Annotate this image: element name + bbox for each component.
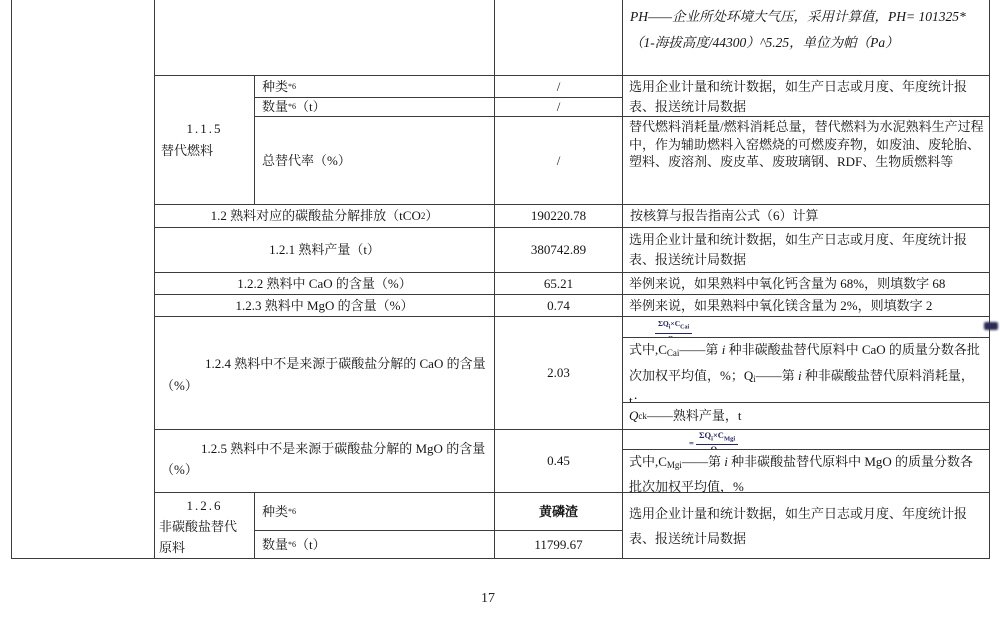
substitution-rate-value: / <box>495 117 623 205</box>
row-1-2-3-value: 0.74 <box>495 295 623 317</box>
section-1-1-5-number: 1.1.5 <box>155 118 254 140</box>
row-1-2-2-value: 65.21 <box>495 273 623 295</box>
footnote-marker: *6 <box>288 536 296 554</box>
section-1-2-6-number: 1.2.6 <box>155 495 254 516</box>
row-1-2-label-close: ） <box>425 207 438 225</box>
row-1-2-desc: 按核算与报告指南公式（6）计算 <box>623 205 990 228</box>
row-1-2-2-label: 1.2.2 熟料中 CaO 的含量（%） <box>155 273 495 295</box>
ncs-qty-value: 11799.67 <box>495 531 623 559</box>
section-1-2-6-title-line2: 原料 <box>155 537 254 558</box>
row-1-2-4-value: 2.03 <box>495 317 623 430</box>
cao-formula: ΣQi×CCai Qck <box>655 319 692 338</box>
row-1-2-3-label: 1.2.3 熟料中 MgO 的含量（%） <box>155 295 495 317</box>
ncs-qty-label-cell: 数量*6（t） <box>255 531 495 559</box>
alt-fuel-kind-qty-desc: 选用企业计量和统计数据，如生产日志或月度、年度统计报表、报送统计局数据 <box>623 76 990 117</box>
section-1-1-5-cell: 1.1.5 替代燃料 <box>155 76 255 205</box>
alt-fuel-qty-value: / <box>495 98 623 117</box>
mgo-formula: = ΣQi×CMgi Qck <box>689 431 738 450</box>
alt-fuel-qty-label: 数量 <box>262 98 288 116</box>
alt-fuel-kind-label: 种类 <box>262 78 288 96</box>
alt-fuel-qty-label-cell: 数量*6（t） <box>255 98 495 117</box>
document-page: PH——企业所处环境大气压，采用计算值，PH= 101325*（1-海拔高度/4… <box>0 0 1000 629</box>
footnote-marker: *6 <box>288 98 296 116</box>
substitution-rate-label: 总替代率（%） <box>255 117 495 205</box>
row-1-2-2-desc: 举例来说，如果熟料中氧化钙含量为 68%，则填数字 68 <box>623 273 990 295</box>
row-1-2-5-label-line1: 1.2.5 熟料中不是来源于碳酸盐分解的 MgO <box>201 441 443 456</box>
page-number: 17 <box>0 591 976 607</box>
row-1-2-4-label-line1: 1.2.4 熟料中不是来源于碳酸盐分解的 CaO <box>205 356 443 371</box>
row-1-2-4-formula-cell: ΣQi×CCai Qck <box>623 317 990 338</box>
row-1-2-label-cell: 1.2 熟料对应的碳酸盐分解排放（tCO2） <box>155 205 495 228</box>
footnote-marker: *6 <box>288 503 296 521</box>
section-1-1-5-title: 替代燃料 <box>155 140 254 162</box>
row-1-2-value: 190220.78 <box>495 205 623 228</box>
row-1-2-5-label-cell: 1.2.5 熟料中不是来源于碳酸盐分解的 MgO 的含量（%） <box>155 430 495 493</box>
substitution-rate-desc: 替代燃料消耗量/燃料消耗总量，替代燃料为水泥熟料生产过程中，作为辅助燃料入窑燃烧… <box>623 117 990 205</box>
row-1-2-3-desc: 举例来说，如果熟料中氧化镁含量为 2%，则填数字 2 <box>623 295 990 317</box>
row-1-2-1-value: 380742.89 <box>495 228 623 273</box>
row-1-2-1-desc: 选用企业计量和统计数据，如生产日志或月度、年度统计报表、报送统计局数据 <box>623 228 990 273</box>
alt-fuel-qty-unit: （t） <box>296 98 326 116</box>
alt-fuel-kind-label-cell: 种类*6 <box>255 76 495 98</box>
ncs-kind-label-cell: 种类*6 <box>255 493 495 531</box>
section-1-2-6-title-line1: 非碳酸盐替代 <box>155 516 254 537</box>
row-1-2-5-note1: 式中,CMgi——第 i 种非碳酸盐替代原料中 MgO 的质量分数各批次加权平均… <box>623 450 990 493</box>
footnote-marker: *6 <box>288 78 296 96</box>
ncs-qty-unit: （t） <box>296 536 326 554</box>
formula-overflow-artifact <box>984 322 998 330</box>
row-1-2-4-note2: Qck——熟料产量，t <box>623 403 990 430</box>
empty-spanner-cell <box>11 0 155 559</box>
ncs-kind-value: 黄磷渣 <box>495 493 623 531</box>
ph-row-label-cell <box>155 0 495 76</box>
q-symbol: Q <box>629 407 638 425</box>
row-1-2-1-label: 1.2.1 熟料产量（t） <box>155 228 495 273</box>
row-1-2-5-value: 0.45 <box>495 430 623 493</box>
section-1-2-6-cell: 1.2.6 非碳酸盐替代 原料 <box>155 493 255 559</box>
ncs-kind-label: 种类 <box>262 503 288 521</box>
ph-note-cell: PH——企业所处环境大气压，采用计算值，PH= 101325*（1-海拔高度/4… <box>623 0 990 76</box>
row-1-2-4-label-cell: 1.2.4 熟料中不是来源于碳酸盐分解的 CaO 的含量（%） <box>155 317 495 430</box>
row-1-2-label: 1.2 熟料对应的碳酸盐分解排放（tCO <box>211 207 421 225</box>
alt-fuel-kind-value: / <box>495 76 623 98</box>
row-1-2-4-note1: 式中,CCai——第 i 种非碳酸盐替代原料中 CaO 的质量分数各批次加权平均… <box>623 338 990 403</box>
ph-row-value-cell <box>495 0 623 76</box>
ncs-desc: 选用企业计量和统计数据，如生产日志或月度、年度统计报表、报送统计局数据 <box>623 493 990 559</box>
ncs-qty-label: 数量 <box>262 536 288 554</box>
row-1-2-5-formula-cell: = ΣQi×CMgi Qck <box>623 430 990 450</box>
